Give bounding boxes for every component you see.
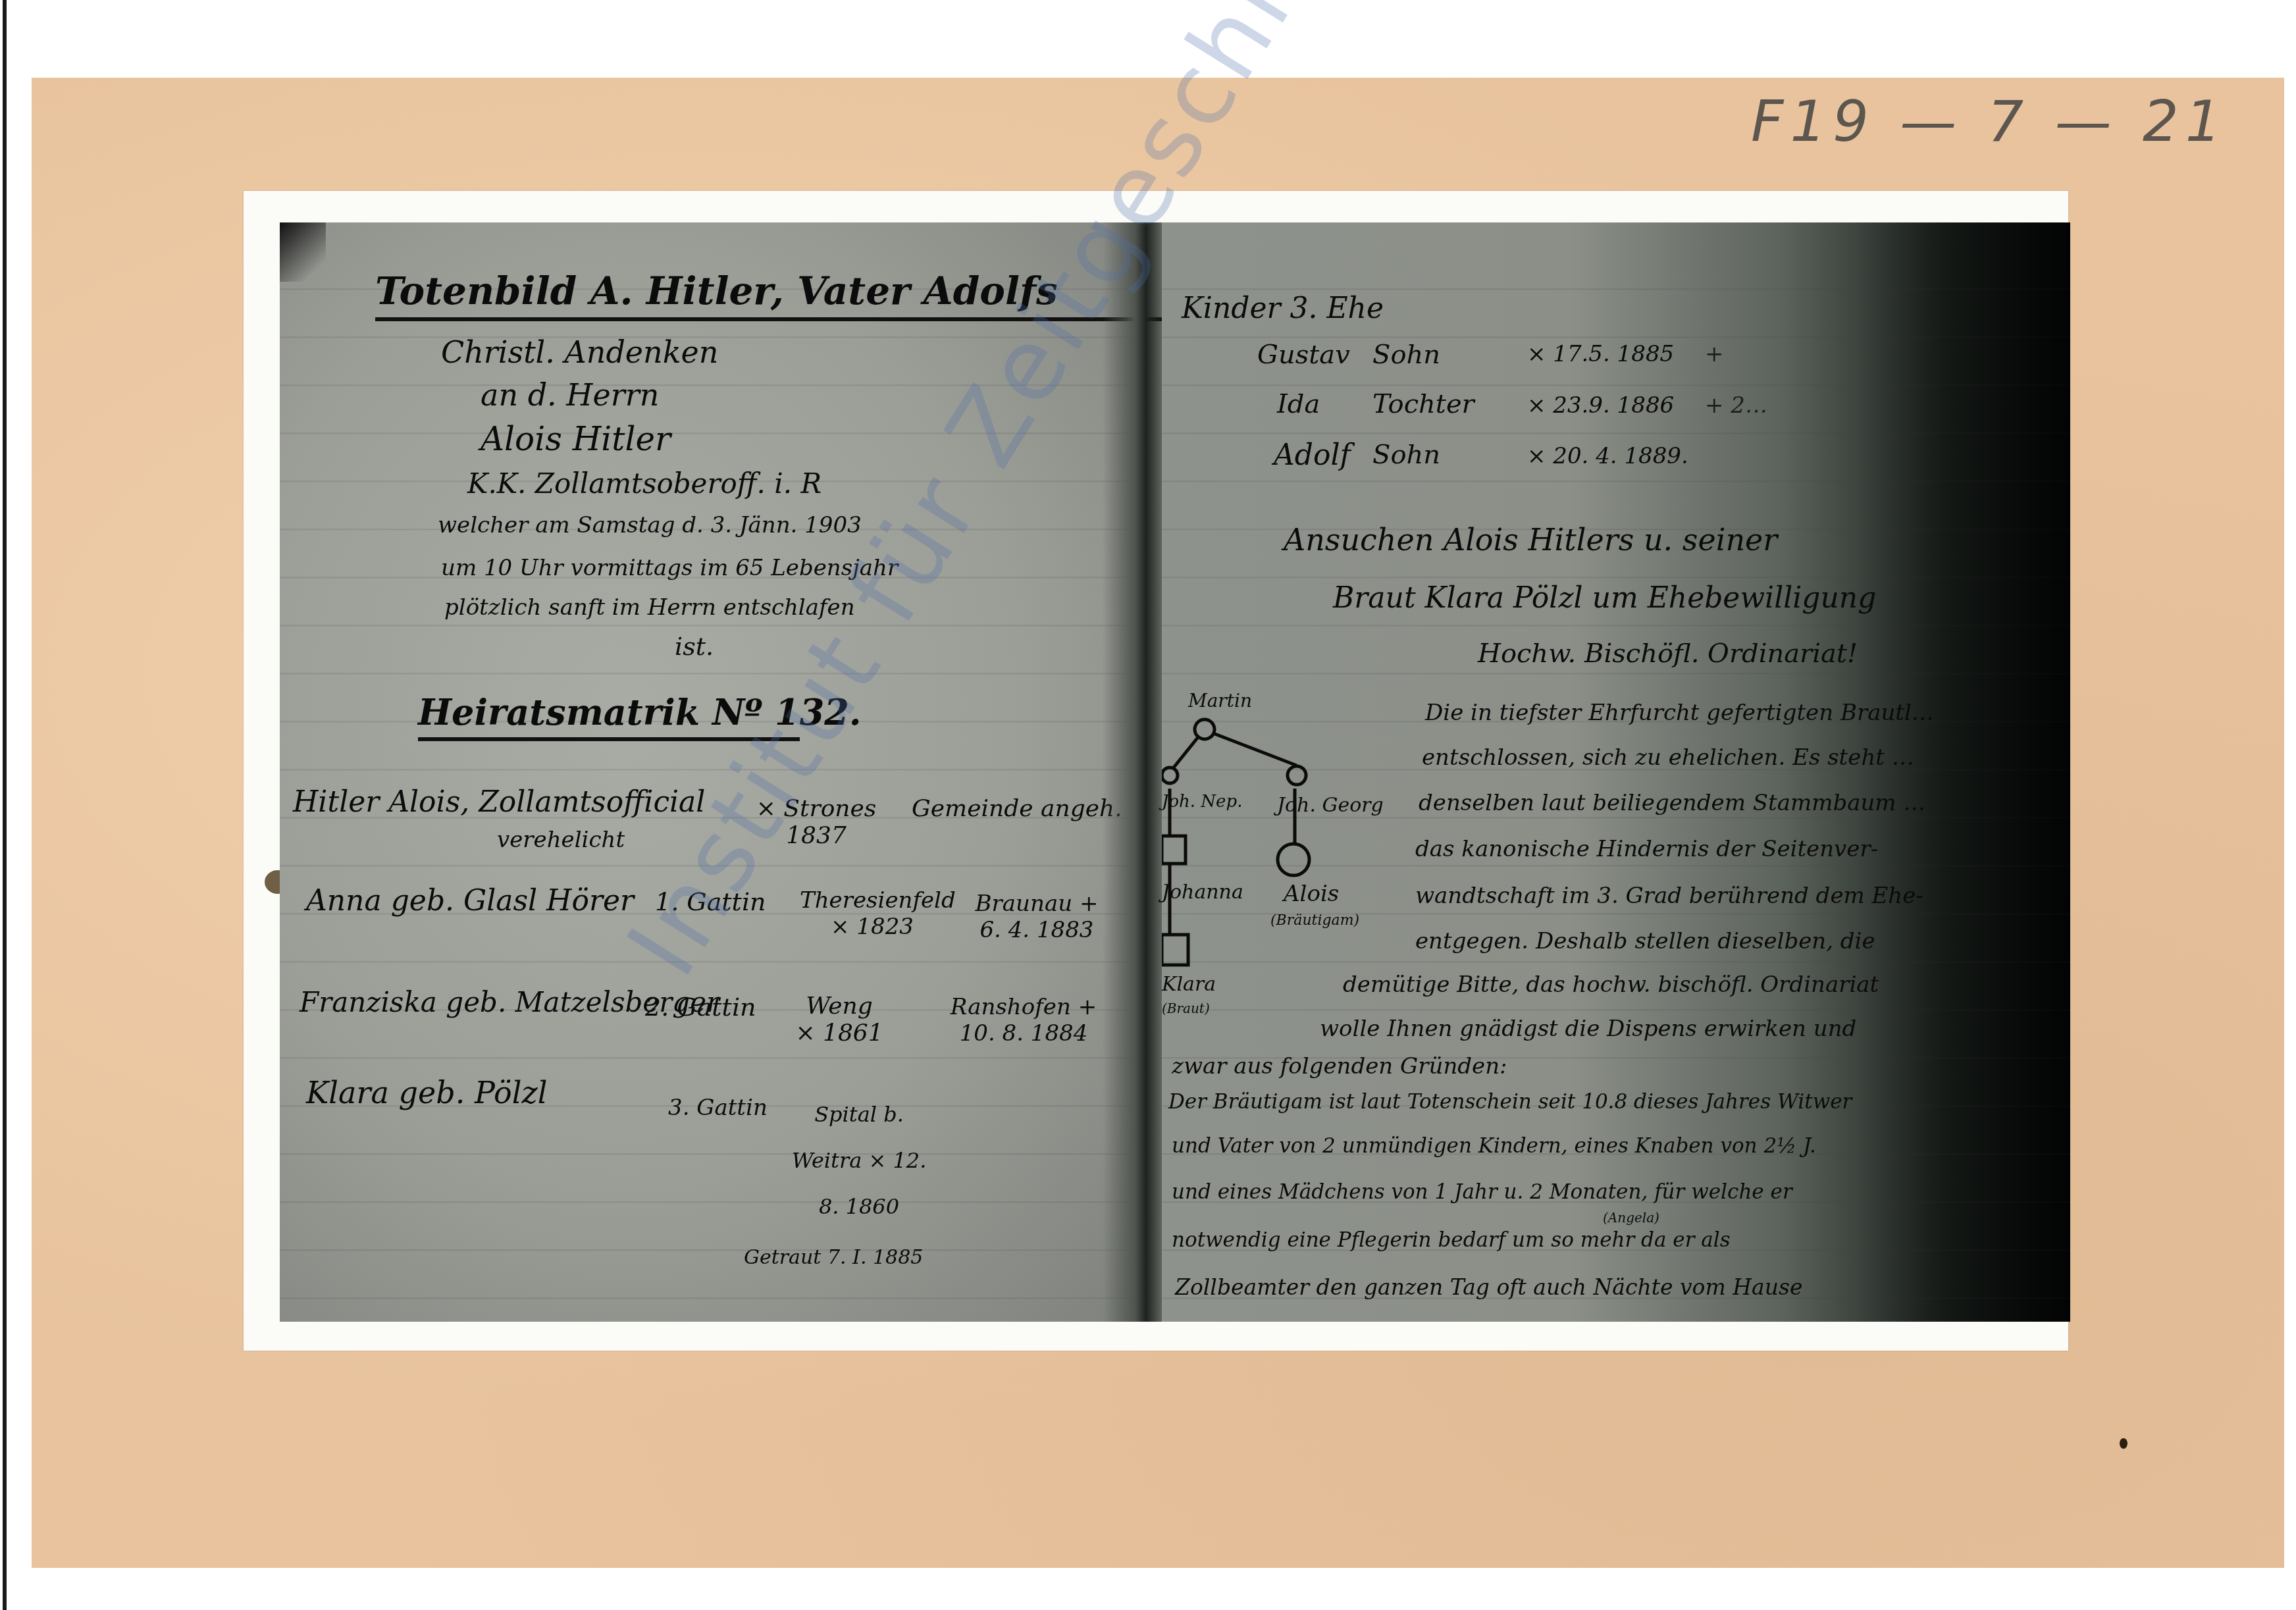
petition-line: zwar aus folgenden Gründen: xyxy=(1172,1053,1507,1079)
petition-line: denselben laut beiliegendem Stammbaum … xyxy=(1419,790,1925,816)
child-death: + xyxy=(1705,341,1724,367)
child-name: Gustav xyxy=(1257,340,1350,370)
tree-note: (Braut) xyxy=(1162,1000,1210,1016)
stain xyxy=(2120,1438,2127,1449)
memorial-line: Christl. Andenken xyxy=(441,334,718,370)
petition-line: und eines Mädchens von 1 Jahr u. 2 Monat… xyxy=(1172,1180,1792,1204)
child-birth: × 17.5. 1885 xyxy=(1527,341,1674,367)
tree-note: (Bräutigam) xyxy=(1270,912,1359,929)
child-birth: × 20. 4. 1889. xyxy=(1527,443,1688,469)
register-birth: Spital b. Weitra × 12. 8. 1860 xyxy=(780,1091,938,1230)
petition-line: Zollbeamter den ganzen Tag oft auch Näch… xyxy=(1175,1274,1802,1300)
right-page: Kinder 3. Ehe Gustav Sohn × 17.5. 1885 +… xyxy=(1162,222,2070,1322)
tree-node: Joh. Georg xyxy=(1277,794,1384,817)
addressee: Hochw. Bischöfl. Ordinariat! xyxy=(1478,638,1858,669)
memorial-line: ist. xyxy=(675,632,714,661)
register-birth: Theresienfeld × 1823 xyxy=(800,887,945,940)
register-remark: Gemeinde angeh. xyxy=(912,795,1122,822)
tree-node: Johanna xyxy=(1162,881,1243,904)
marriage-date: Getraut 7. I. 1885 xyxy=(744,1246,923,1269)
tree-node: Alois xyxy=(1284,881,1339,907)
child-birth: × 23.9. 1886 xyxy=(1527,392,1674,419)
petition-subtitle: Braut Klara Pölzl um Ehebewilligung xyxy=(1333,581,1876,615)
memorial-line: welcher am Samstag d. 3. Jänn. 1903 xyxy=(438,512,862,538)
child-relation: Tochter xyxy=(1372,389,1474,419)
child-relation: Sohn xyxy=(1372,340,1440,370)
petition-line: Der Bräutigam ist laut Totenschein seit … xyxy=(1168,1090,1852,1114)
memorial-line: Alois Hitler xyxy=(481,420,671,458)
tree-root: Martin xyxy=(1188,690,1252,712)
memorial-line: K.K. Zollamtsoberoff. i. R xyxy=(467,467,822,500)
petition-line: entgegen. Deshalb stellen dieselben, die xyxy=(1415,928,1875,954)
tree-node: Klara xyxy=(1162,973,1216,996)
petition-line: demütige Bitte, das hochw. bischöfl. Ord… xyxy=(1343,972,1879,998)
register-remark: Ranshofen + 10. 8. 1884 xyxy=(945,994,1103,1047)
document-photo: Totenbild A. Hitler, Vater Adolfs Christ… xyxy=(280,222,2070,1322)
register-role: 3. Gattin xyxy=(668,1095,768,1121)
child-death: + 2… xyxy=(1705,392,1767,419)
memorial-line: plötzlich sanft im Herrn entschlafen xyxy=(444,594,855,621)
petition-line: wolle Ihnen gnädigst die Dispens erwirke… xyxy=(1320,1016,1856,1042)
archive-number: F19 — 7 — 21 xyxy=(1751,89,2228,155)
scan-edge xyxy=(3,0,7,1610)
register-name: Klara geb. Pölzl xyxy=(306,1075,547,1110)
petition-line: Die in tiefster Ehrfurcht gefertigten Br… xyxy=(1425,700,1934,726)
register-remark: Braunau + 6. 4. 1883 xyxy=(964,891,1109,943)
register-name: Hitler Alois, Zollamtsofficial xyxy=(293,785,705,819)
children-title: Kinder 3. Ehe xyxy=(1182,292,1384,325)
child-name: Adolf xyxy=(1274,438,1351,472)
tree-node: Joh. Nep. xyxy=(1162,792,1242,812)
petition-line: und Vater von 2 unmündigen Kindern, eine… xyxy=(1172,1134,1816,1158)
child-name: Ida xyxy=(1277,389,1320,419)
petition-line: entschlossen, sich zu ehelichen. Es steh… xyxy=(1422,744,1914,771)
register-role: 2. Gattin xyxy=(645,993,756,1022)
petition-title: Ansuchen Alois Hitlers u. seiner xyxy=(1284,522,1777,558)
petition-line: das kanonische Hindernis der Seitenver- xyxy=(1415,836,1878,862)
memorial-line: an d. Herrn xyxy=(481,377,659,413)
register-note: verehelicht xyxy=(497,827,625,853)
register-name: Anna geb. Glasl Hörer xyxy=(306,884,634,918)
angela-note: (Angela) xyxy=(1603,1210,1659,1226)
child-relation: Sohn xyxy=(1372,440,1440,470)
register-birth: Weng × 1861 xyxy=(793,993,885,1047)
petition-line: wandtschaft im 3. Grad berührend dem Ehe… xyxy=(1415,883,1923,909)
petition-line: notwendig eine Pflegerin bedarf um so me… xyxy=(1172,1228,1731,1252)
